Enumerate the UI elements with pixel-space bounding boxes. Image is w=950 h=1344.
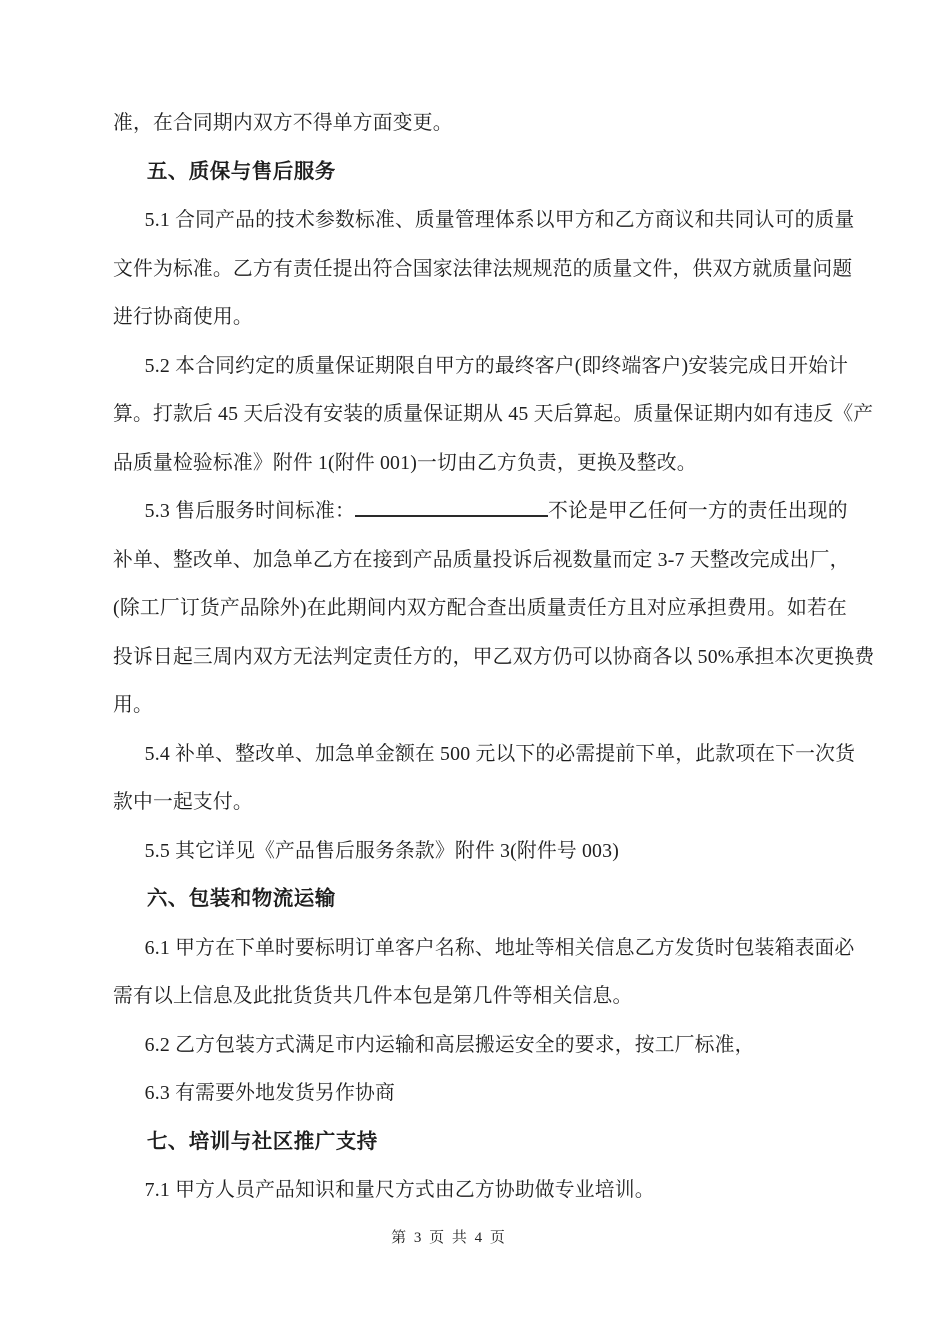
clause-5-3-line-3: (除工厂订货产品除外)在此期间内双方配合查出质量责任方且对应承担费用。如若在 xyxy=(113,584,847,633)
clause-5-3-line-1: 5.3 售后服务时间标准：不论是甲乙任何一方的责任出现的 xyxy=(113,487,847,536)
clause-5-3-label: 5.3 售后服务时间标准： xyxy=(145,500,355,522)
clause-6-3-line-1: 6.3 有需要外地发货另作协商 xyxy=(113,1069,847,1118)
document-page: 准，在合同期内双方不得单方面变更。 五、质保与售后服务 5.1 合同产品的技术参… xyxy=(0,0,950,1344)
clause-5-3-line-2: 补单、整改单、加急单乙方在接到产品质量投诉后视数量而定 3-7 天整改完成出厂， xyxy=(113,536,847,585)
clause-5-3-line-5: 用。 xyxy=(113,681,847,730)
clause-5-1-line-1: 5.1 合同产品的技术参数标准、质量管理体系以甲方和乙方商议和共同认可的质量 xyxy=(113,196,847,245)
clause-7-1-line-1: 7.1 甲方人员产品知识和量尺方式由乙方协助做专业培训。 xyxy=(113,1166,847,1215)
clause-5-1-line-2: 文件为标准。乙方有责任提出符合国家法律法规规范的质量文件，供双方就质量问题 xyxy=(113,245,847,294)
clause-6-1-line-2: 需有以上信息及此批货货共几件本包是第几件等相关信息。 xyxy=(113,972,847,1021)
section-5-heading: 五、质保与售后服务 xyxy=(113,148,847,197)
clause-5-5-line-1: 5.5 其它详见《产品售后服务条款》附件 3(附件号 003) xyxy=(113,827,847,876)
clause-5-1-line-3: 进行协商使用。 xyxy=(113,293,847,342)
page-number-footer: 第 3 页 共 4 页 xyxy=(113,1226,785,1250)
document-body: 准，在合同期内双方不得单方面变更。 五、质保与售后服务 5.1 合同产品的技术参… xyxy=(113,99,847,1215)
fill-in-blank-underline xyxy=(355,496,548,517)
clause-5-3-after-blank: 不论是甲乙任何一方的责任出现的 xyxy=(548,500,848,522)
clause-6-1-line-1: 6.1 甲方在下单时要标明订单客户名称、地址等相关信息乙方发货时包装箱表面必 xyxy=(113,924,847,973)
section-6-heading: 六、包装和物流运输 xyxy=(113,875,847,924)
clause-5-2-line-1: 5.2 本合同约定的质量保证期限自甲方的最终客户(即终端客户)安装完成日开始计 xyxy=(113,342,847,391)
clause-6-2-line-1: 6.2 乙方包装方式满足市内运输和高层搬运安全的要求，按工厂标准， xyxy=(113,1021,847,1070)
section-7-heading: 七、培训与社区推广支持 xyxy=(113,1118,847,1167)
clause-5-3-line-4: 投诉日起三周内双方无法判定责任方的，甲乙双方仍可以协商各以 50%承担本次更换费 xyxy=(113,633,847,682)
clause-5-2-line-3: 品质量检验标准》附件 1(附件 001)一切由乙方负责，更换及整改。 xyxy=(113,439,847,488)
clause-5-4-line-1: 5.4 补单、整改单、加急单金额在 500 元以下的必需提前下单，此款项在下一次… xyxy=(113,730,847,779)
continuation-text: 准，在合同期内双方不得单方面变更。 xyxy=(113,99,847,148)
clause-5-2-line-2: 算。打款后 45 天后没有安装的质量保证期从 45 天后算起。质量保证期内如有违… xyxy=(113,390,847,439)
clause-5-4-line-2: 款中一起支付。 xyxy=(113,778,847,827)
